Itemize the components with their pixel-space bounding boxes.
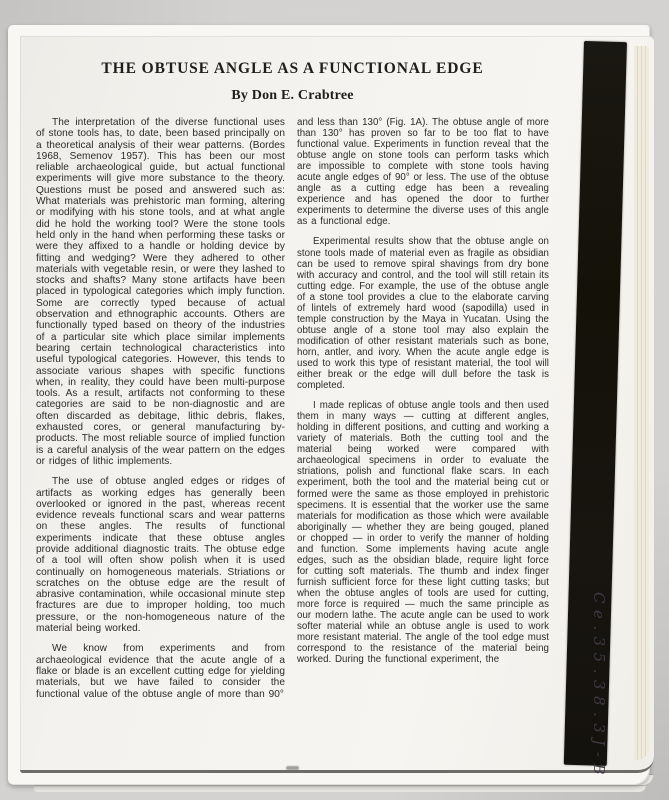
paragraph: The interpretation of the diverse functi…: [36, 117, 285, 467]
paragraph: Experimental results show that the obtus…: [297, 236, 549, 391]
column-right: and less than 130° (Fig. 1A). The obtuse…: [297, 117, 549, 709]
paragraph: I made replicas of obtuse angle tools an…: [297, 400, 549, 665]
paragraph: The use of obtuse angled edges or ridges…: [36, 476, 285, 634]
article-header: THE OBTUSE ANGLE AS A FUNCTIONAL EDGE By…: [36, 60, 549, 104]
article-body: The interpretation of the diverse functi…: [36, 117, 549, 709]
article-title: THE OBTUSE ANGLE AS A FUNCTIONAL EDGE: [36, 60, 549, 78]
article-byline: By Don E. Crabtree: [36, 88, 549, 104]
paragraph: We know from experiments and from archae…: [36, 643, 285, 699]
scanned-page: THE OBTUSE ANGLE AS A FUNCTIONAL EDGE By…: [20, 36, 654, 773]
paragraph-continuation: and less than 130° (Fig. 1A). The obtuse…: [297, 117, 549, 227]
margin-annotation-handwritten: Ce.35.38.3J-B: [588, 592, 608, 792]
book-fore-edge-pages: [634, 46, 649, 760]
page-stack-edge: [34, 785, 646, 792]
column-left: The interpretation of the diverse functi…: [36, 117, 285, 709]
smudge-mark: [286, 766, 299, 770]
